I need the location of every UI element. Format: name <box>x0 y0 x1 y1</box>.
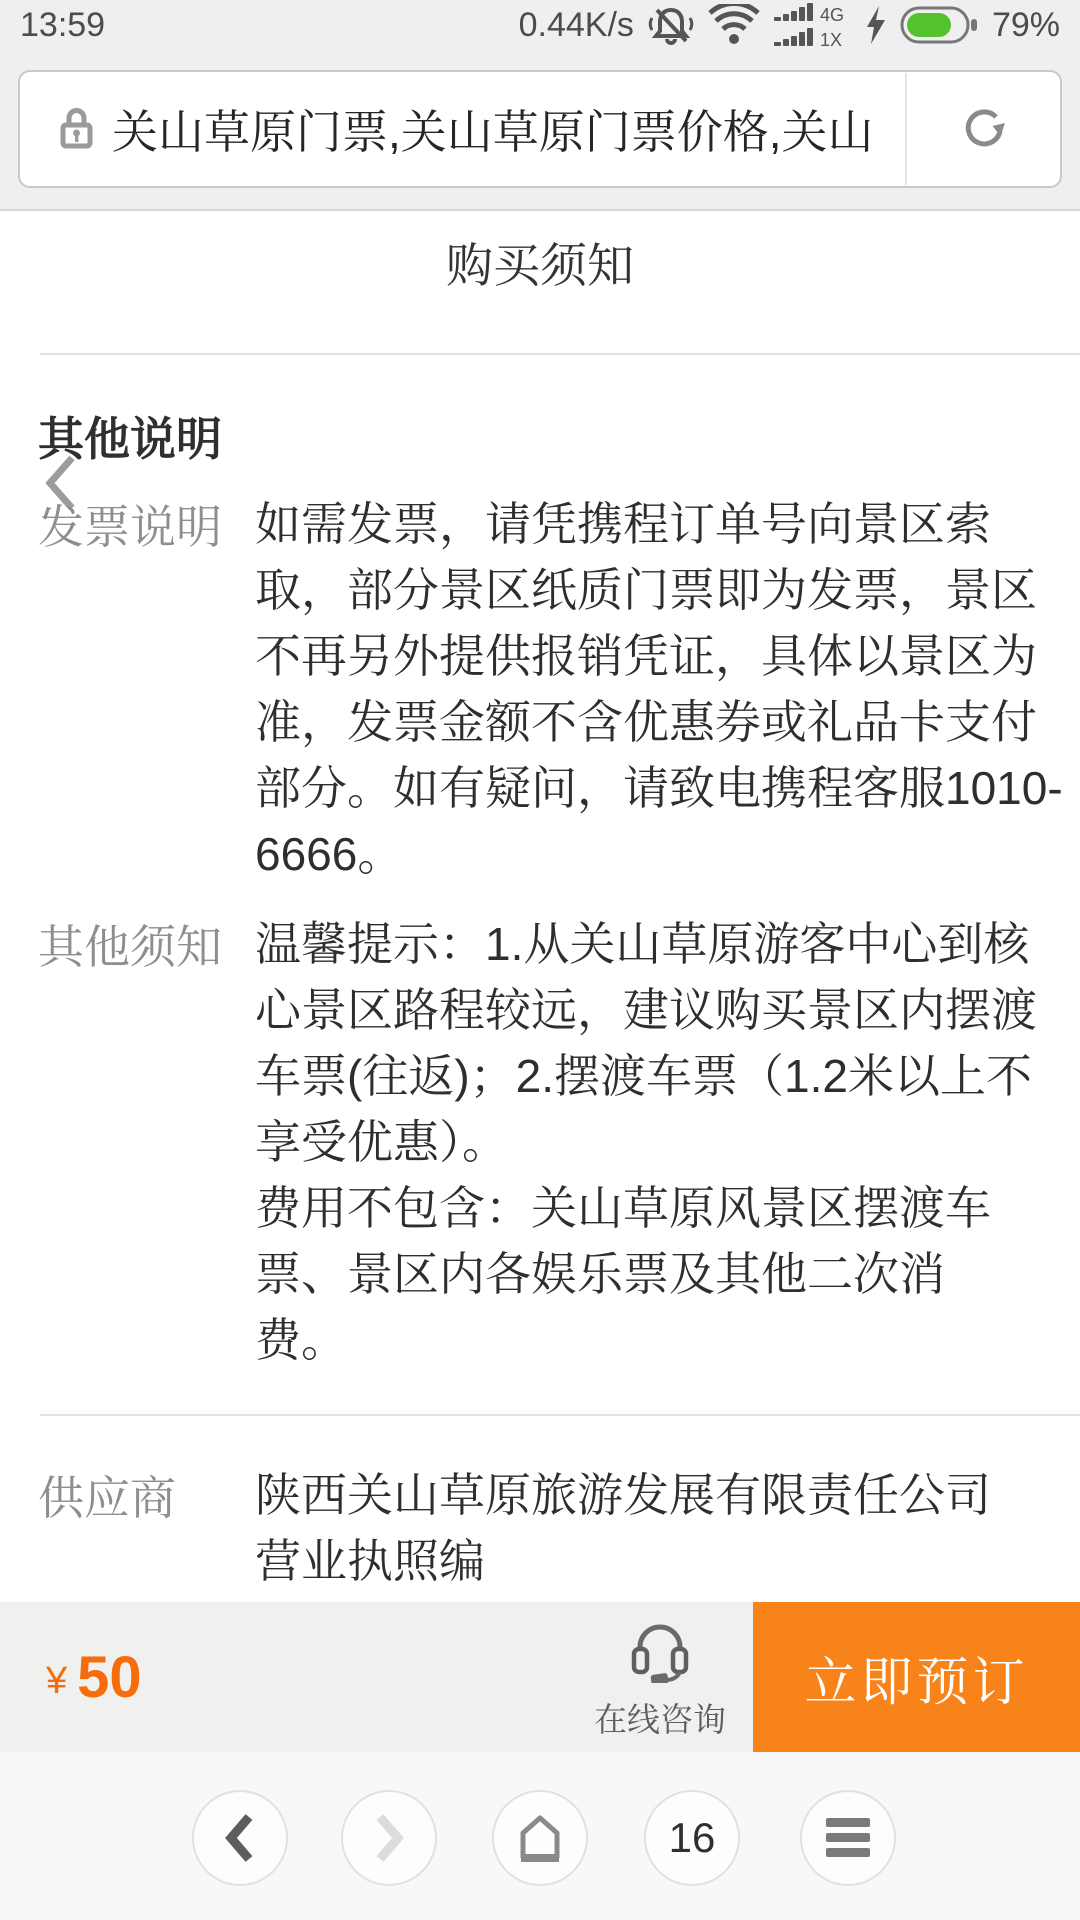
section-divider-top <box>40 353 1080 355</box>
currency-symbol: ¥ <box>46 1660 67 1703</box>
battery-icon <box>900 5 978 45</box>
book-now-button[interactable]: 立即预订 <box>753 1602 1080 1752</box>
refresh-button[interactable] <box>907 106 1060 152</box>
mute-bell-icon <box>648 3 694 47</box>
url-query-text[interactable]: 关山草原门票,关山草原门票价格,关山 <box>112 96 905 162</box>
charging-bolt-icon <box>866 6 886 44</box>
price: ¥ 50 <box>46 1602 142 1752</box>
nav-menu-button[interactable] <box>800 1790 896 1886</box>
section-title: 其他说明 <box>38 403 222 469</box>
status-time: 13:59 <box>20 6 105 45</box>
network-speed: 0.44K/s <box>519 6 634 45</box>
headset-icon <box>630 1619 690 1688</box>
browser-chrome: 关山草原门票,关山草原门票价格,关山 <box>0 50 1080 211</box>
other-notes-text: 温馨提示：1.从关山草原游客中心到核 心景区路程较远，建议购买景区内摆渡 车票(… <box>255 911 1065 1373</box>
network-type-1x: 1X <box>820 30 842 48</box>
online-consult-button[interactable]: 在线咨询 <box>595 1610 725 1750</box>
status-bar: 13:59 0.44K/s <box>0 0 1080 50</box>
status-right-cluster: 0.44K/s <box>519 2 1060 48</box>
nav-home-button[interactable] <box>492 1790 588 1886</box>
bottom-action-bar: ¥ 50 在线咨询 立即预订 <box>0 1602 1080 1752</box>
wifi-icon <box>708 4 760 46</box>
nav-back-button[interactable] <box>192 1790 288 1886</box>
tab-count: 16 <box>669 1814 716 1862</box>
cell-signal-icon: 4G 1X <box>774 2 852 48</box>
screen: 13:59 0.44K/s <box>0 0 1080 1920</box>
supplier-text: 陕西关山草原旅游发展有限责任公司 营业执照编 <box>255 1462 1065 1594</box>
browser-nav-bar: 16 <box>0 1752 1080 1920</box>
nav-tabs-button[interactable]: 16 <box>644 1790 740 1886</box>
network-type-4g: 4G <box>820 5 844 25</box>
supplier-label: 供应商 <box>38 1462 176 1528</box>
section-divider-supplier <box>40 1414 1080 1416</box>
other-notes-label: 其他须知 <box>38 911 222 977</box>
price-amount: 50 <box>77 1644 142 1711</box>
nav-forward-button[interactable] <box>341 1790 437 1886</box>
online-consult-label: 在线咨询 <box>594 1694 726 1741</box>
invoice-text: 如需发票，请凭携程订单号向景区索 取，部分景区纸质门票即为发票，景区 不再另外提… <box>255 491 1065 887</box>
lock-icon <box>58 105 94 154</box>
url-bar[interactable]: 关山草原门票,关山草原门票价格,关山 <box>18 70 1062 188</box>
page-header: 购买须知 <box>0 211 1080 354</box>
invoice-label: 发票说明 <box>38 491 222 557</box>
page-title: 购买须知 <box>0 211 1080 321</box>
battery-percent: 79% <box>992 6 1060 45</box>
